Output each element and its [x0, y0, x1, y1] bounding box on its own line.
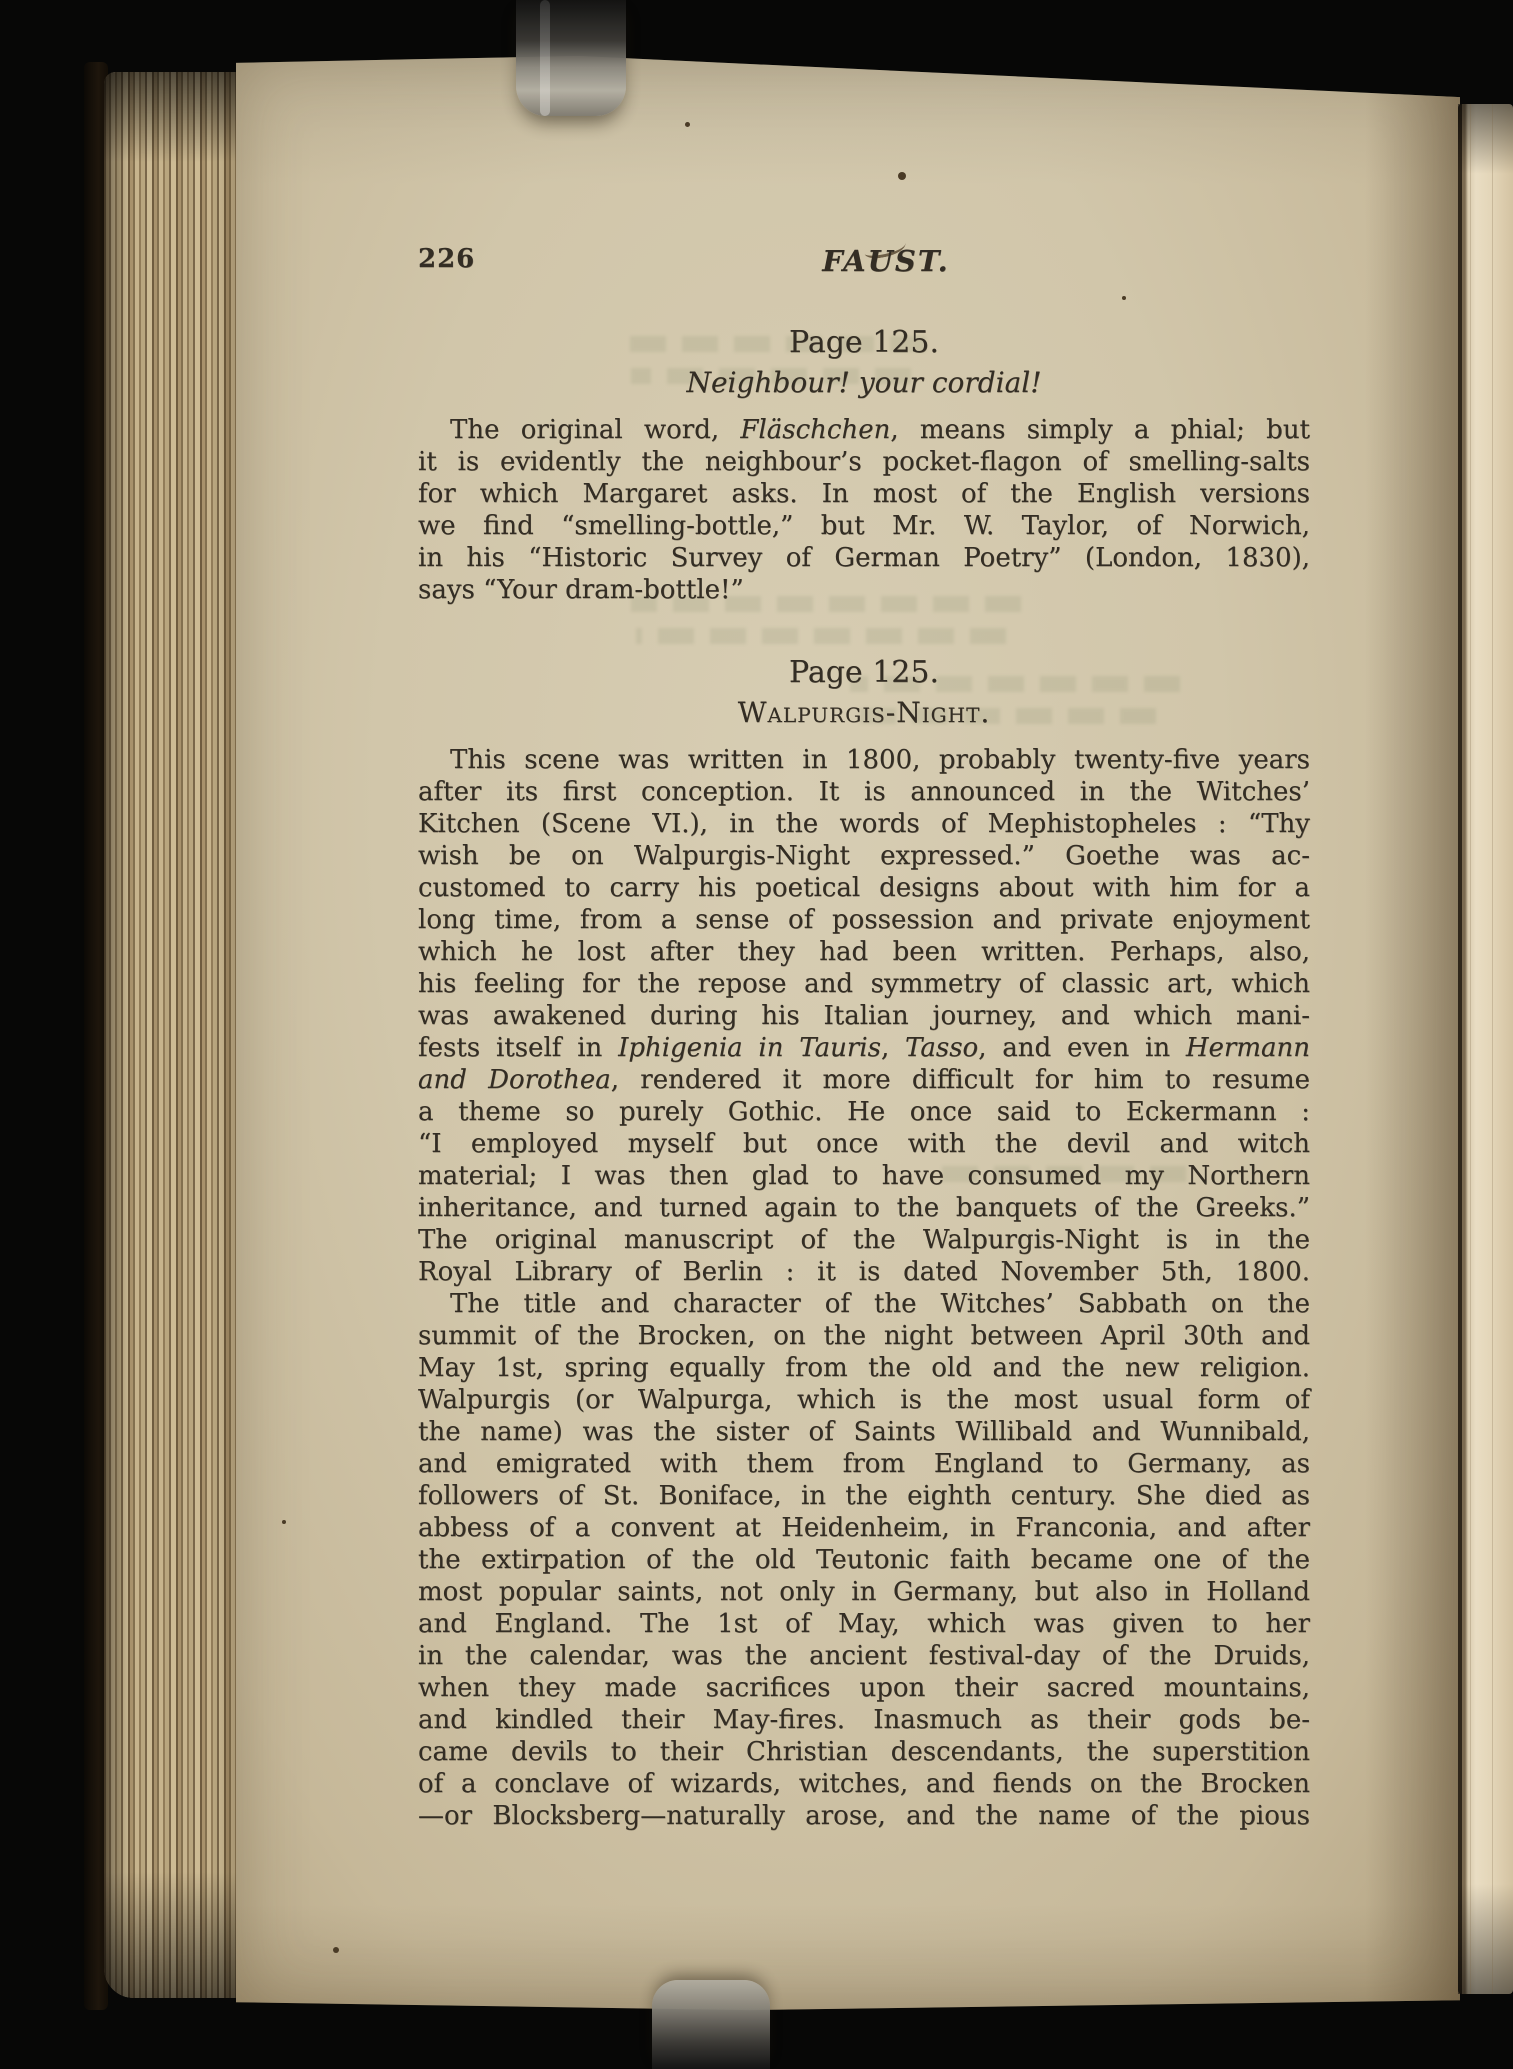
note-sections: Page 125.Neighbour! your cordial!The ori…	[418, 326, 1310, 1832]
text-line: the name) was the sister of Saints Willi…	[418, 1416, 1310, 1448]
paragraph: The title and character of the Witches’ …	[418, 1288, 1310, 1832]
text-line: which he lost after they had been writte…	[418, 936, 1310, 968]
note-quote-heading: Neighbour! your cordial!	[418, 366, 1310, 400]
note-page-ref-heading: Page 125.	[418, 326, 1310, 360]
text-line: in his “Historic Survey of German Poetry…	[418, 542, 1310, 574]
text-line: was awakened during his Italian journey,…	[418, 1000, 1310, 1032]
book-page: 226 FAUST. Page 125.Neighbour! your cord…	[236, 54, 1460, 2014]
text-line: The title and character of the Witches’ …	[418, 1288, 1310, 1320]
text-line: summit of the Brocken, on the night betw…	[418, 1320, 1310, 1352]
page-stack-fore-edge	[104, 72, 238, 1998]
page-speck	[333, 1947, 339, 1953]
book-title-header: FAUST.	[440, 244, 1332, 278]
text-line: long time, from a sense of possession an…	[418, 904, 1310, 936]
text-line: and Dorothea, rendered it more difficult…	[418, 1064, 1310, 1096]
note-page-ref-heading: Page 125.	[418, 656, 1310, 690]
text-line: and kindled their May-fires. Inasmuch as…	[418, 1704, 1310, 1736]
book-clamp-top	[516, 0, 626, 116]
text-line: abbess of a convent at Heidenheim, in Fr…	[418, 1512, 1310, 1544]
paragraph: This scene was written in 1800, probably…	[418, 744, 1310, 1288]
page-speck	[282, 1520, 286, 1524]
text-line: Kitchen (Scene VI.), in the words of Mep…	[418, 808, 1310, 840]
text-line: when they made sacrifices upon their sac…	[418, 1672, 1310, 1704]
printed-text-block: 226 FAUST. Page 125.Neighbour! your cord…	[418, 54, 1310, 1832]
text-line: we find “smelling-bottle,” but Mr. W. Ta…	[418, 510, 1310, 542]
text-line: in the calendar, was the ancient festiva…	[418, 1640, 1310, 1672]
text-line: May 1st, spring equally from the old and…	[418, 1352, 1310, 1384]
text-line: customed to carry his poetical designs a…	[418, 872, 1310, 904]
text-line: “I employed myself but once with the dev…	[418, 1128, 1310, 1160]
text-line: his feeling for the repose and symmetry …	[418, 968, 1310, 1000]
text-line: and England. The 1st of May, which was g…	[418, 1608, 1310, 1640]
text-line: after its first conception. It is announ…	[418, 776, 1310, 808]
text-line: Walpurgis (or Walpurga, which is the mos…	[418, 1384, 1310, 1416]
paragraph: The original word, Fläschchen, means sim…	[418, 414, 1310, 606]
text-line: wish be on Walpurgis-Night expressed.” G…	[418, 840, 1310, 872]
scene-title-heading: Walpurgis-Night.	[418, 696, 1310, 730]
text-line: most popular saints, not only in Germany…	[418, 1576, 1310, 1608]
text-line: —or Blocksberg—naturally arose, and the …	[418, 1800, 1310, 1832]
text-line: it is evidently the neighbour’s pocket-f…	[418, 446, 1310, 478]
text-line: followers of St. Boniface, in the eighth…	[418, 1480, 1310, 1512]
text-line: and emigrated with them from England to …	[418, 1448, 1310, 1480]
book-clamp-bottom	[652, 1980, 770, 2069]
text-line: inheritance, and turned again to the ban…	[418, 1192, 1310, 1224]
text-line: for which Margaret asks. In most of the …	[418, 478, 1310, 510]
text-line: came devils to their Christian descendan…	[418, 1736, 1310, 1768]
text-line: a theme so purely Gothic. He once said t…	[418, 1096, 1310, 1128]
text-line: material; I was then glad to have consum…	[418, 1160, 1310, 1192]
text-line: the extirpation of the old Teutonic fait…	[418, 1544, 1310, 1576]
text-line: This scene was written in 1800, probably…	[418, 744, 1310, 776]
book-scan: 226 FAUST. Page 125.Neighbour! your cord…	[0, 0, 1513, 2069]
facing-page-edge	[1458, 104, 1513, 1994]
text-line: fests itself in Iphigenia in Tauris, Tas…	[418, 1032, 1310, 1064]
text-line: The original word, Fläschchen, means sim…	[418, 414, 1310, 446]
text-line: says “Your dram-bottle!”	[418, 574, 1310, 606]
running-head: 226 FAUST.	[418, 244, 1310, 276]
text-line: Royal Library of Berlin : it is dated No…	[418, 1256, 1310, 1288]
text-line: of a conclave of wizards, witches, and f…	[418, 1768, 1310, 1800]
text-line: The original manuscript of the Walpurgis…	[418, 1224, 1310, 1256]
